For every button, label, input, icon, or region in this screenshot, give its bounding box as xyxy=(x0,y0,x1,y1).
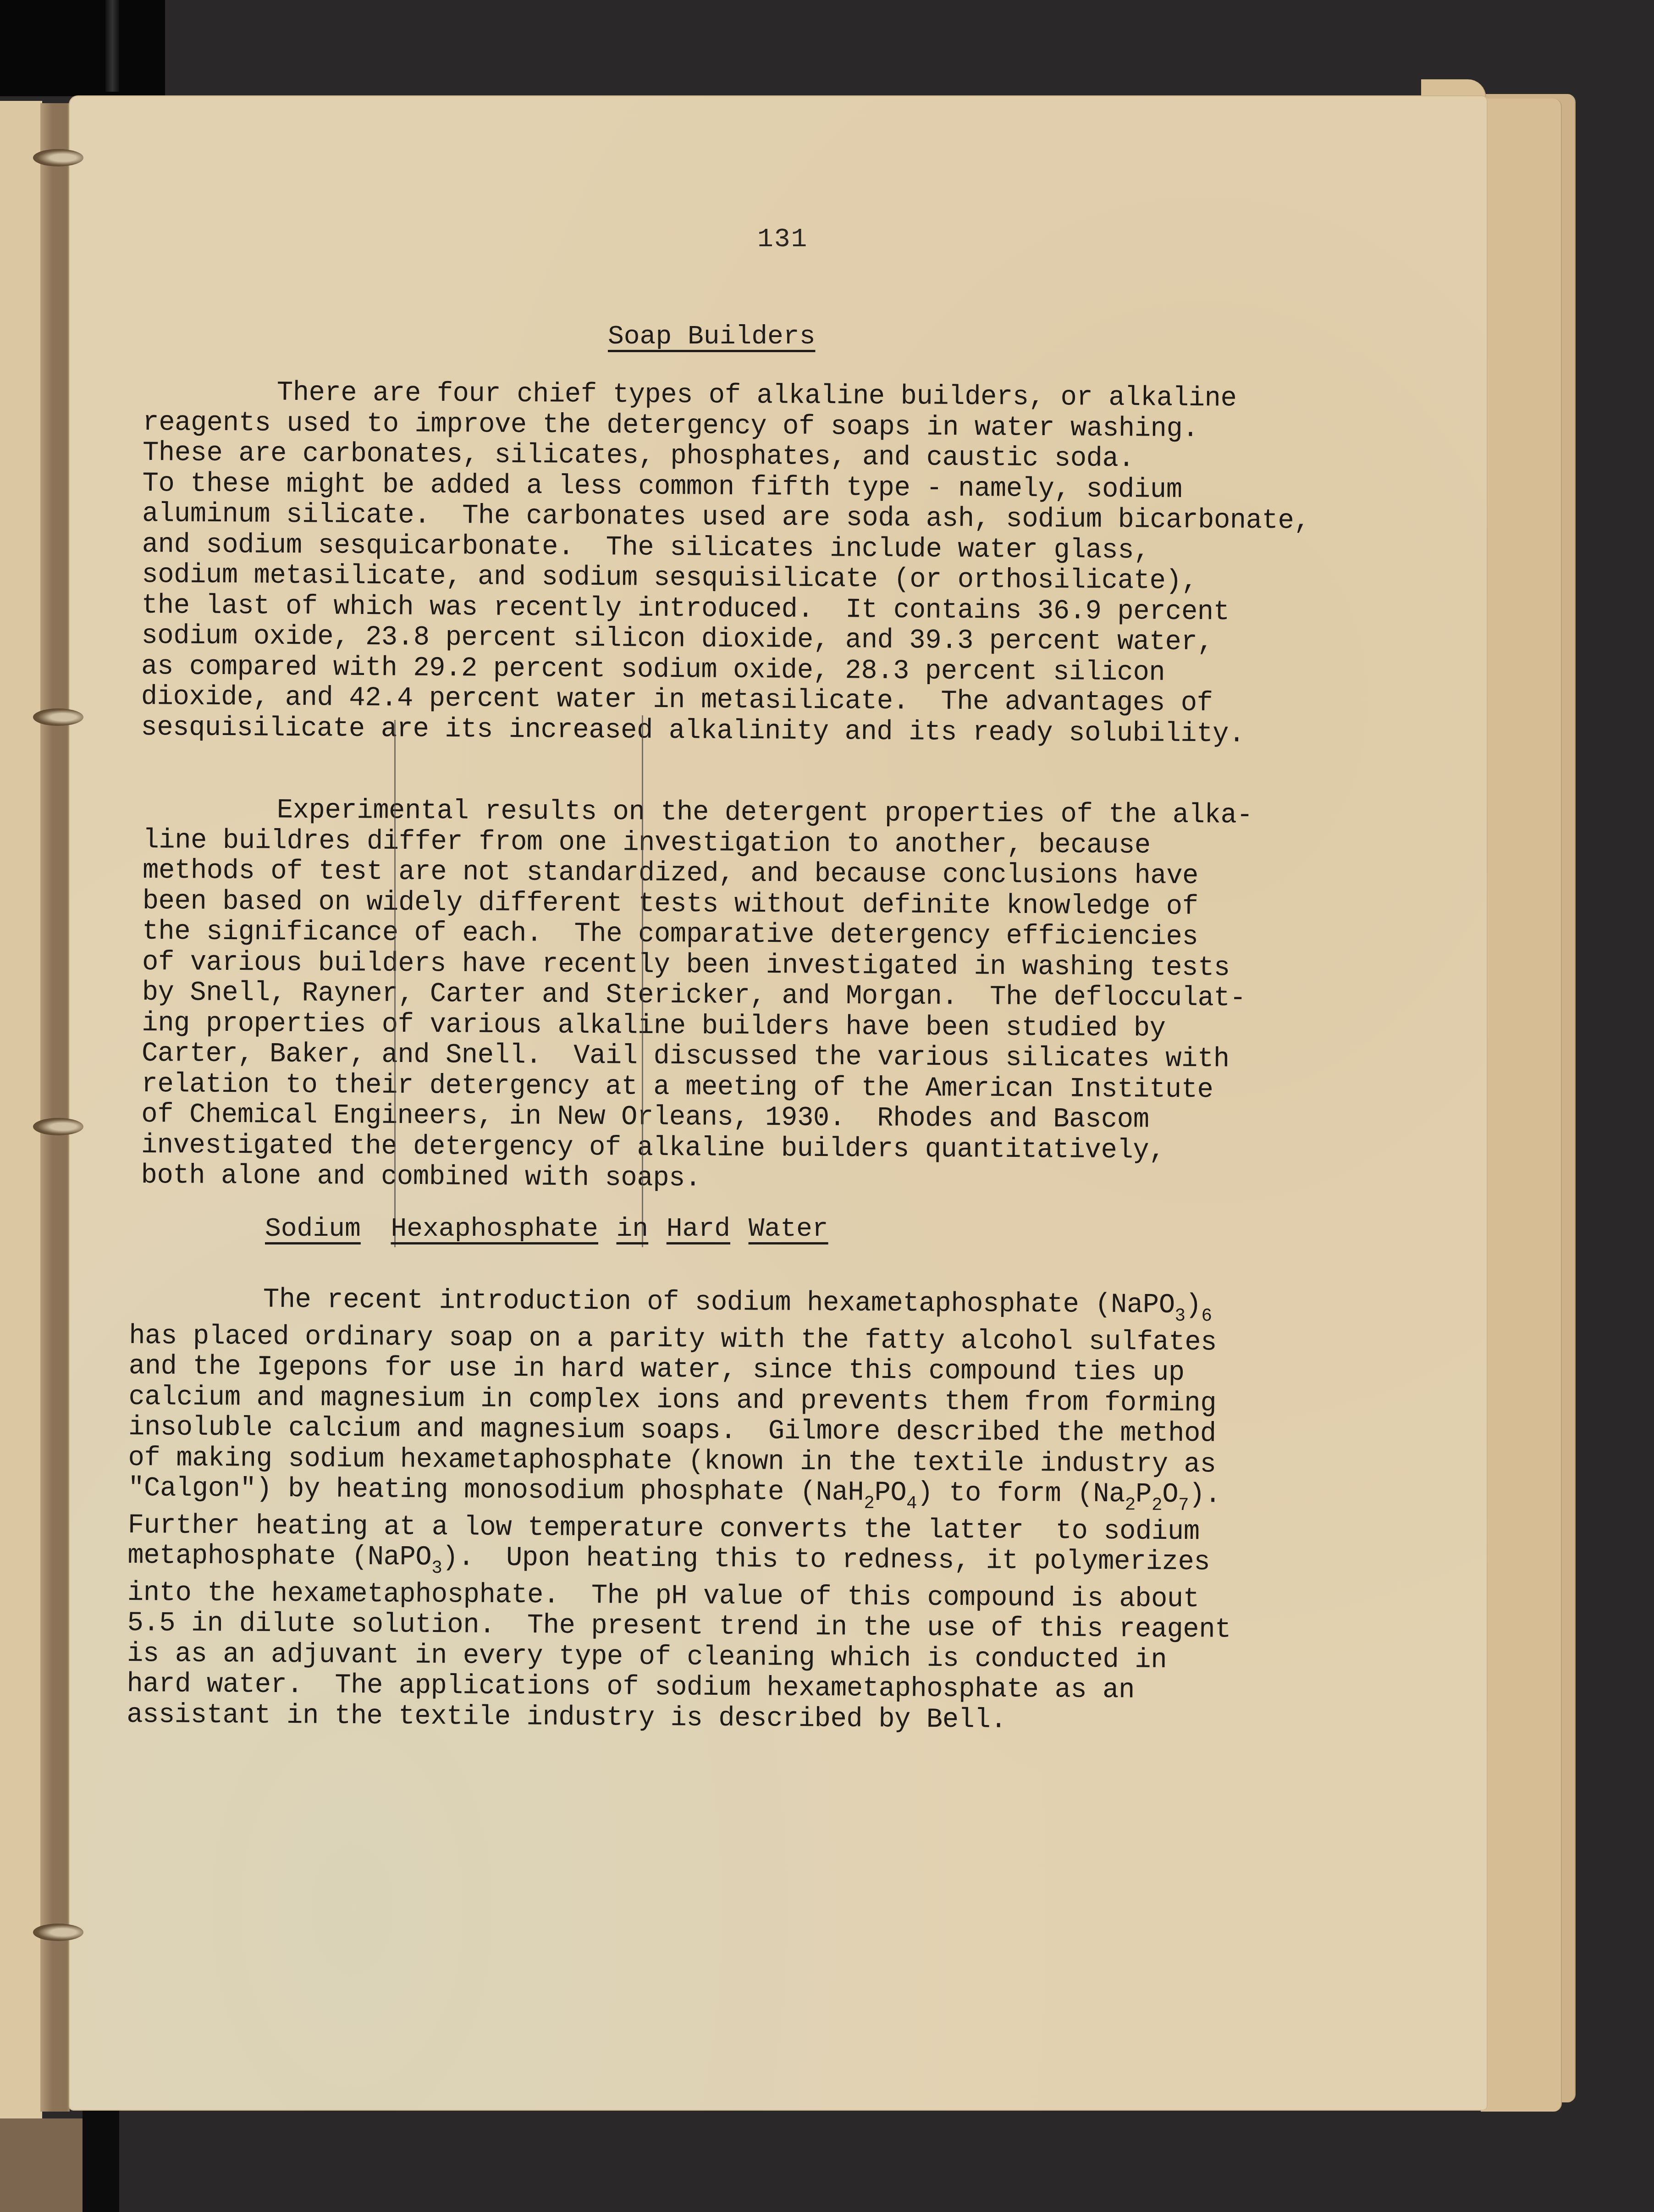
heading-word: Water xyxy=(749,1214,828,1244)
heading-word: Hexaphosphate xyxy=(391,1214,598,1244)
scanner-rod xyxy=(105,0,119,92)
text-run: metaphosphate (NaPO xyxy=(127,1540,431,1573)
subscript: 3 xyxy=(1174,1306,1185,1327)
subscript: 4 xyxy=(906,1493,917,1514)
binder-hole xyxy=(33,708,83,726)
text-run: ). Upon heating this to redness, it poly… xyxy=(442,1542,1210,1578)
subscript: 6 xyxy=(1202,1306,1212,1327)
page-number: 131 xyxy=(757,225,808,254)
heading-word: Hard xyxy=(667,1214,730,1244)
scan-background-dark-bottom xyxy=(83,2109,119,2212)
text-run: The recent introduction of sodium hexame… xyxy=(263,1284,1175,1321)
text-run: ). xyxy=(1189,1479,1221,1510)
binder-hole xyxy=(33,1118,83,1135)
paragraph-experimental-results: Experimental results on the detergent pr… xyxy=(141,795,1518,1198)
binder-hole xyxy=(33,1924,83,1941)
heading-word: Sodium xyxy=(265,1214,361,1244)
facing-page-edge xyxy=(0,101,42,2118)
section-heading-sodium-hexaphosphate: Sodium Hexaphosphate in Hard Water xyxy=(265,1214,828,1244)
subscript: 2 xyxy=(1152,1495,1162,1516)
heading-word: in xyxy=(617,1214,649,1244)
text-run: ) to form (Na xyxy=(917,1478,1125,1510)
subscript: 2 xyxy=(864,1493,874,1514)
book-gutter-shadow xyxy=(40,103,70,2112)
pencil-mark xyxy=(642,715,643,1247)
subscript: 2 xyxy=(1125,1495,1136,1515)
paragraph-hexametaphosphate: The recent introduction of sodium hexame… xyxy=(127,1284,1505,1738)
binder-hole xyxy=(33,149,83,166)
section-heading-soap-builders: Soap Builders xyxy=(608,322,815,352)
text-run: PO xyxy=(874,1477,906,1509)
text-run: O xyxy=(1162,1479,1178,1510)
scan-background-dark xyxy=(0,0,165,96)
scan-background-table xyxy=(0,2118,83,2212)
subscript: 7 xyxy=(1178,1495,1189,1516)
text-run: P xyxy=(1136,1479,1152,1510)
text-run: ) xyxy=(1185,1290,1202,1321)
pencil-mark xyxy=(394,720,396,1247)
text-run: "Calgon") by heating monosodium phosphat… xyxy=(128,1473,864,1509)
paragraph-builders-intro: There are four chief types of alkaline b… xyxy=(141,377,1518,751)
subscript: 3 xyxy=(431,1558,442,1579)
